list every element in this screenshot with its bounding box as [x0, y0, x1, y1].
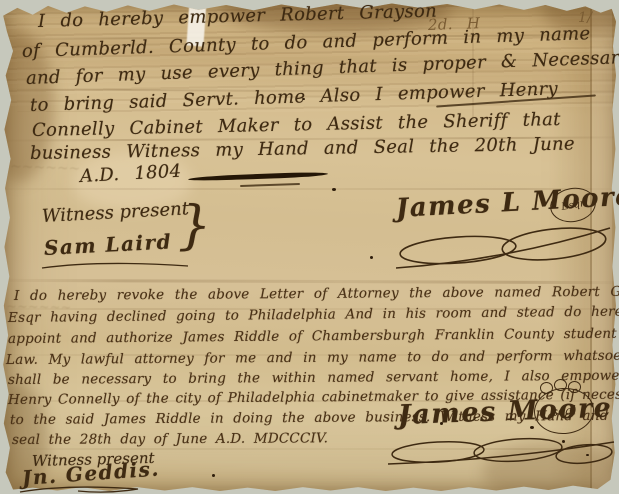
photograph-of-manuscript: ~~~~~~ ~~~~~~ I do hereby empower Robert…	[0, 0, 619, 494]
drawn-seal-text: seal	[551, 403, 576, 419]
witness-brace: }	[178, 196, 211, 256]
seal-loop-scallop	[554, 379, 567, 391]
seal-loop-scallop	[568, 381, 581, 393]
esquire-seal-text: Esqr	[560, 198, 585, 213]
signature-flourish	[388, 434, 616, 470]
signature-flourish	[396, 222, 612, 274]
manuscript-line: seal the 28th day of June A.D. MDCCCIV.	[12, 430, 328, 448]
witness-flourish	[18, 484, 168, 494]
seal-loop-scallop	[540, 382, 553, 394]
ink-spot	[332, 188, 336, 191]
ink-spot	[530, 426, 534, 429]
witness-flourish	[40, 258, 190, 274]
fold-crease	[2, 279, 616, 284]
ink-spot	[212, 474, 215, 477]
ink-spot	[370, 256, 373, 259]
